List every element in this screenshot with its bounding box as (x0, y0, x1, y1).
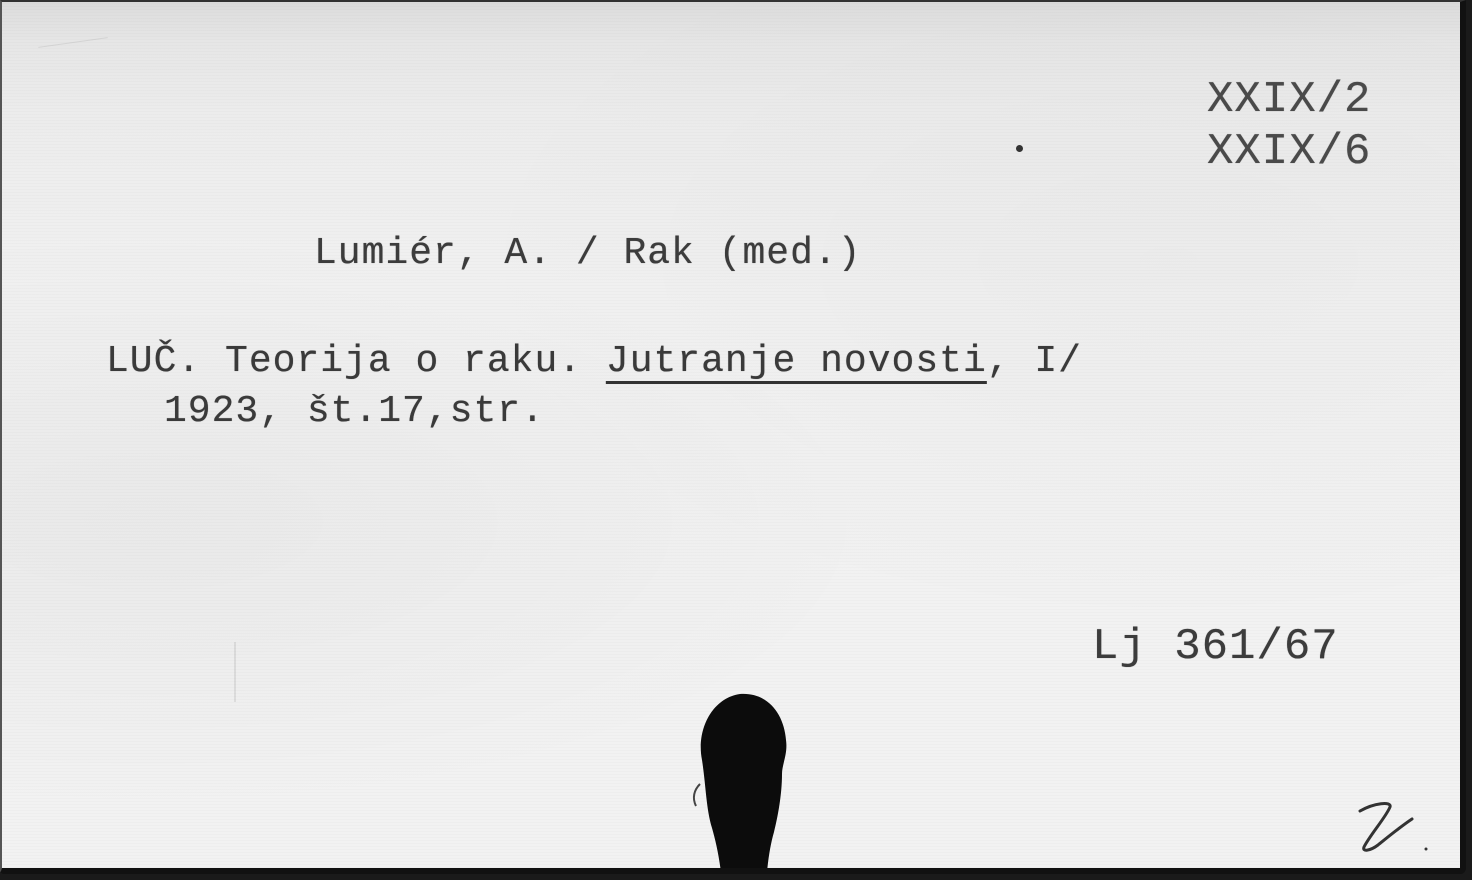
subject-heading: Lumiér, A. / Rak (med.) (314, 232, 862, 275)
citation-line2: 1923, št.17,str. (164, 390, 545, 433)
paper-scratch (234, 642, 236, 702)
catalog-card: XXIX/2 XXIX/6 Lumiér, A. / Rak (med.) LU… (0, 0, 1466, 874)
citation-line1-prefix: LUČ. Teorija o raku. (106, 340, 606, 383)
binding-hole-shadow (682, 690, 798, 874)
shelfmark: Lj 361/67 (1092, 622, 1339, 672)
paper-scratch (38, 37, 107, 48)
handwritten-z-mark (1352, 797, 1432, 857)
citation-line1-suffix: , I/ (987, 340, 1082, 383)
classification-codes: XXIX/2 XXIX/6 (1207, 74, 1371, 178)
journal-title: Jutranje novosti (606, 340, 987, 383)
classification-code: XXIX/2 (1207, 75, 1371, 125)
ink-dot (1016, 145, 1023, 152)
bibliographic-citation: LUČ. Teorija o raku. Jutranje novosti, I… (106, 337, 1082, 437)
classification-code: XXIX/6 (1207, 127, 1371, 177)
